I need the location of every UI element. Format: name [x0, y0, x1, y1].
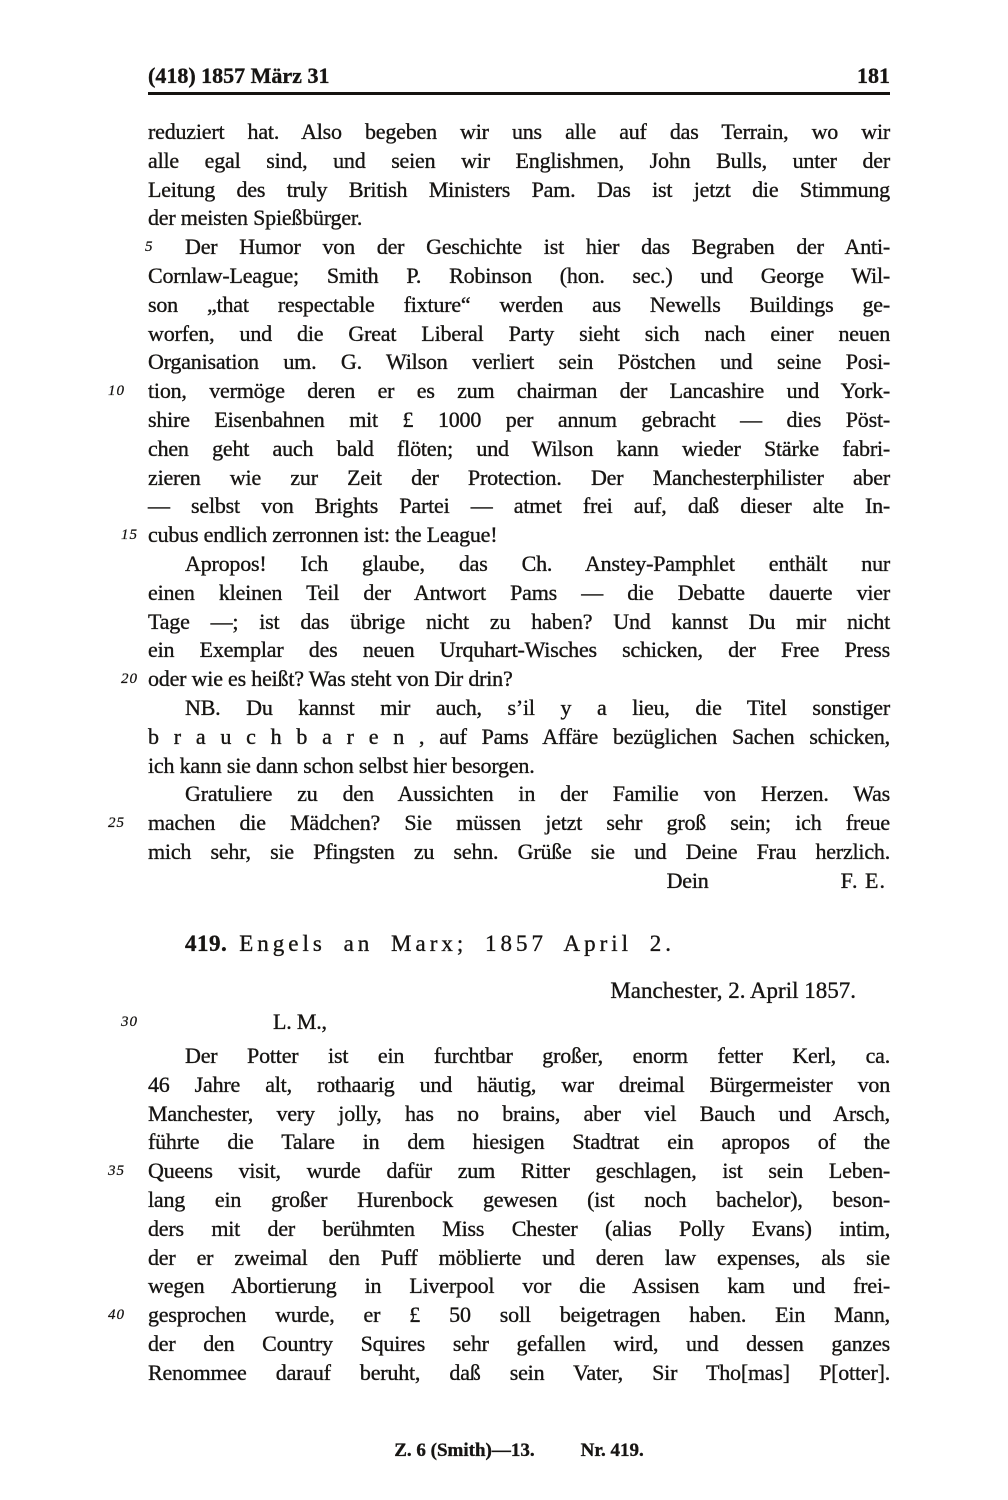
margin-line-number: 10 — [108, 384, 138, 399]
text-line: ein Exemplar des neuen Urquhart-Wisches … — [148, 636, 890, 665]
text-line: zieren wie zur Zeit der Protection. Der … — [148, 464, 890, 493]
salutation-line: 30 L. M., — [148, 1008, 890, 1037]
text-line: alle egal sind, und seien wir Englishmen… — [148, 147, 890, 176]
signature-initials: F. E. — [841, 867, 886, 896]
text-line: 10tion, vermöge deren er es zum chairman… — [148, 377, 890, 406]
running-header-text: (418) 1857 März 31 — [148, 63, 329, 89]
text-line: ich kann sie dann schon selbst hier beso… — [148, 752, 890, 781]
letter-heading-number: 419. — [185, 931, 227, 956]
text-line: 15cubus endlich zerronnen ist: the Leagu… — [148, 521, 890, 550]
margin-line-number: 40 — [108, 1308, 138, 1323]
margin-line-number: 20 — [108, 672, 138, 687]
text-line: — selbst von Brights Partei — atmet frei… — [148, 492, 890, 521]
running-header: (418) 1857 März 31 181 — [148, 63, 890, 89]
header-rule — [148, 92, 890, 95]
text-line: NB. Du kannst mir auch, s’il y a lieu, d… — [148, 694, 890, 723]
footer-signature-mark: Z. 6 (Smith)—13. — [394, 1440, 534, 1462]
text-line: reduziert hat. Also begeben wir uns alle… — [148, 118, 890, 147]
text-line: b r a u c h b a r e n , auf Pams Affäre … — [148, 723, 890, 752]
letter-418-body: reduziert hat. Also begeben wir uns alle… — [148, 118, 890, 896]
salutation-text: L. M., — [273, 1009, 327, 1034]
text-line: 20oder wie es heißt? Was steht von Dir d… — [148, 665, 890, 694]
letter-heading-title: Engels an Marx; 1857 April 2. — [239, 931, 675, 956]
text-line: chen geht auch bald flöten; und Wilson k… — [148, 435, 890, 464]
text-line: 5Der Humor von der Geschichte ist hier d… — [148, 233, 890, 262]
text-line: lang ein großer Hurenbock gewesen (ist n… — [148, 1186, 890, 1215]
margin-line-number: 35 — [108, 1164, 138, 1179]
text-line: Apropos! Ich glaube, das Ch. Anstey-Pamp… — [148, 550, 890, 579]
margin-line-number: 25 — [108, 816, 138, 831]
text-line: führte die Talare in dem hiesigen Stadtr… — [148, 1128, 890, 1157]
text-line: 46 Jahre alt, rothaarig und häutig, war … — [148, 1071, 890, 1100]
letter-419-body: Der Potter ist ein furchtbar großer, eno… — [148, 1042, 890, 1388]
text-line: der er zweimal den Puff möblierte und de… — [148, 1244, 890, 1273]
margin-line-number: 30 — [108, 1015, 138, 1030]
text-line: Gratuliere zu den Aussichten in der Fami… — [148, 780, 890, 809]
dateline: Manchester, 2. April 1857. — [148, 977, 890, 1005]
valediction-text: Dein — [667, 867, 709, 896]
text-line: 25machen die Mädchen? Sie müssen jetzt s… — [148, 809, 890, 838]
text-line: shire Eisenbahnen mit £ 1000 per annum g… — [148, 406, 890, 435]
text-line: Cornlaw-League; Smith P. Robinson (hon. … — [148, 262, 890, 291]
text-line: der meisten Spießbürger. — [148, 204, 890, 233]
margin-line-number: 15 — [108, 528, 138, 543]
text-line: Manchester, very jolly, has no brains, a… — [148, 1100, 890, 1129]
text-line: mich sehr, sie Pfingsten zu sehn. Grüße … — [148, 838, 890, 867]
text-line: worfen, und die Great Liberal Party sieh… — [148, 320, 890, 349]
signature-line: DeinF. E. — [148, 867, 890, 896]
text-line: der den Country Squires sehr gefallen wi… — [148, 1330, 890, 1359]
text-line: Renommee darauf beruht, daß sein Vater, … — [148, 1359, 890, 1388]
text-line: son „that respectable fixture“ werden au… — [148, 291, 890, 320]
text-line: Leitung des truly British Ministers Pam.… — [148, 176, 890, 205]
letter-419-heading: 419.Engels an Marx; 1857 April 2. — [185, 929, 675, 959]
text-line: wegen Abortierung in Liverpool vor die A… — [148, 1272, 890, 1301]
text-line: Tage —; ist das übrige nicht zu haben? U… — [148, 608, 890, 637]
text-line: einen kleinen Teil der Antwort Pams — di… — [148, 579, 890, 608]
book-page: (418) 1857 März 31 181 reduziert hat. Al… — [0, 0, 1008, 1500]
text-line: Der Potter ist ein furchtbar großer, eno… — [148, 1042, 890, 1071]
footer-letter-number: Nr. 419. — [581, 1440, 644, 1462]
text-line: ders mit der berühmten Miss Chester (ali… — [148, 1215, 890, 1244]
page-footer: Z. 6 (Smith)—13. Nr. 419. — [148, 1440, 890, 1462]
text-line: Organisation um. G. Wilson verliert sein… — [148, 348, 890, 377]
text-line: 40gesprochen wurde, er £ 50 soll beigetr… — [148, 1301, 890, 1330]
page-number: 181 — [857, 63, 890, 89]
text-line: 35Queens visit, wurde dafür zum Ritter g… — [148, 1157, 890, 1186]
margin-line-number: 5 — [108, 240, 138, 255]
